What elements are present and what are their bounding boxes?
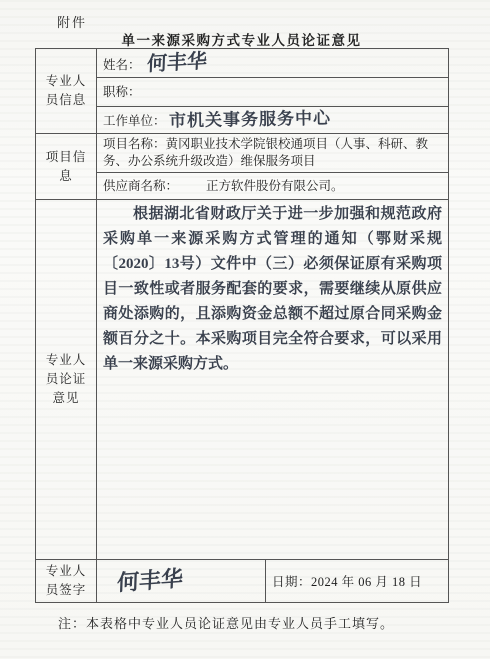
row-signature: 专业人员签字 何丰华 日期：2024 年 06 月 18 日 <box>36 560 449 603</box>
supplier-field: 供应商名称：正方软件股份有限公司。 <box>97 173 449 200</box>
work-unit-label: 工作单位： <box>103 114 166 128</box>
row-job-title: 职称： <box>36 78 449 107</box>
job-title-field: 职称： <box>97 78 449 107</box>
section-label-signature: 专业人员签字 <box>36 560 97 603</box>
row-project-name: 项目信息 项目名称：黄冈职业技术学院银校通项目（人事、科研、教务、办公系统升级改… <box>36 134 449 173</box>
row-supplier: 供应商名称：正方软件股份有限公司。 <box>36 173 449 200</box>
row-opinion: 专业人员论证意见 根据湖北省财政厅关于进一步加强和规范政府采购单一来源采购方式管… <box>36 200 449 560</box>
name-handwritten-value: 何丰华 <box>146 51 207 74</box>
scanned-document-page: 附件 单一来源采购方式专业人员论证意见 专业人员信息 姓名：何丰华 职称： 工作… <box>0 0 490 659</box>
project-name-field: 项目名称：黄冈职业技术学院银校通项目（人事、科研、教务、办公系统升级改造）维保服… <box>97 134 449 173</box>
date-value: 2024 年 06 月 18 日 <box>311 575 422 589</box>
section-label-project-info: 项目信息 <box>36 134 97 200</box>
work-unit-handwritten-value: 市机关事务服务中心 <box>168 109 330 130</box>
name-label: 姓名： <box>103 58 141 72</box>
signature-handwritten-value: 何丰华 <box>117 567 184 594</box>
opinion-cell: 根据湖北省财政厅关于进一步加强和规范政府采购单一来源采购方式管理的通知（鄂财采规… <box>97 200 449 560</box>
row-work-unit: 工作单位：市机关事务服务中心 <box>36 107 449 134</box>
section-label-personnel-info: 专业人员信息 <box>36 49 97 134</box>
supplier-label: 供应商名称： <box>103 179 178 193</box>
date-cell: 日期：2024 年 06 月 18 日 <box>266 560 449 603</box>
date-label: 日期： <box>272 575 311 589</box>
footer-note: 注：本表格中专业人员论证意见由专业人员手工填写。 <box>58 613 458 632</box>
row-name: 专业人员信息 姓名：何丰华 <box>36 49 449 78</box>
project-name-label: 项目名称： <box>103 137 166 151</box>
job-title-label: 职称： <box>103 85 141 99</box>
argumentation-form-table: 专业人员信息 姓名：何丰华 职称： 工作单位：市机关事务服务中心 项目信息 项目… <box>35 48 449 603</box>
document-title: 单一来源采购方式专业人员论证意见 <box>35 29 448 49</box>
work-unit-field: 工作单位：市机关事务服务中心 <box>97 107 449 134</box>
signature-cell: 何丰华 <box>97 560 266 603</box>
opinion-handwritten-text: 根据湖北省财政厅关于进一步加强和规范政府采购单一来源采购方式管理的通知（鄂财采规… <box>103 202 442 377</box>
supplier-value: 正方软件股份有限公司。 <box>206 179 344 193</box>
section-label-opinion: 专业人员论证意见 <box>36 200 97 560</box>
name-field: 姓名：何丰华 <box>97 49 449 78</box>
